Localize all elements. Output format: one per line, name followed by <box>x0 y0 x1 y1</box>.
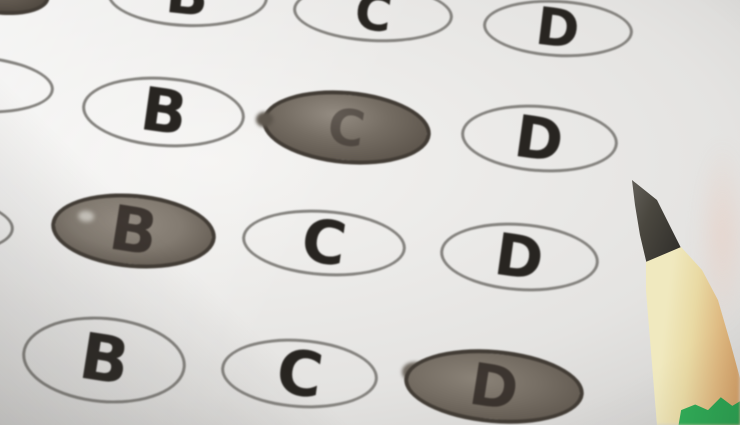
bubble-letter: D <box>466 354 523 419</box>
bubble-row3-partial <box>0 190 16 258</box>
bubble-row1-C: C <box>292 0 455 46</box>
answer-sheet: B C D B C D B C D <box>0 0 740 425</box>
bubble-letter: B <box>163 0 211 26</box>
bubble-row2-D: D <box>459 100 620 178</box>
bubble-letter: B <box>75 325 133 396</box>
bubble-letter: B <box>105 197 161 266</box>
bubble-row4-B: B <box>19 310 190 410</box>
bubble-row1-D: D <box>482 0 635 61</box>
bubble-row3-D: D <box>438 218 601 297</box>
bubble-letter: C <box>298 210 350 276</box>
bubble-row2-B: B <box>80 71 247 152</box>
bubble-row3-C: C <box>240 204 408 281</box>
answer-sheet-photo: B C D B C D B C D <box>0 0 740 425</box>
pencil-stray-mark <box>256 112 273 127</box>
bubble-letter: D <box>492 225 548 289</box>
bubble-row3-B-marked: B <box>48 187 219 275</box>
bubble-row2-partial <box>0 51 56 118</box>
bubble-letter: B <box>137 79 191 145</box>
bubble-row4-D-marked: D <box>401 342 587 425</box>
bubble-letter: C <box>273 340 327 408</box>
bubble-row1-B: B <box>106 0 269 30</box>
bubble-row4-C: C <box>219 334 380 414</box>
bubble-row1-filled-partial <box>0 0 53 21</box>
bubble-letter: D <box>533 0 582 57</box>
bubble-row2-C-marked: C <box>259 84 434 171</box>
bubble-letter: C <box>352 0 395 40</box>
bubble-letter: C <box>324 100 368 155</box>
bubble-letter: D <box>512 106 568 170</box>
